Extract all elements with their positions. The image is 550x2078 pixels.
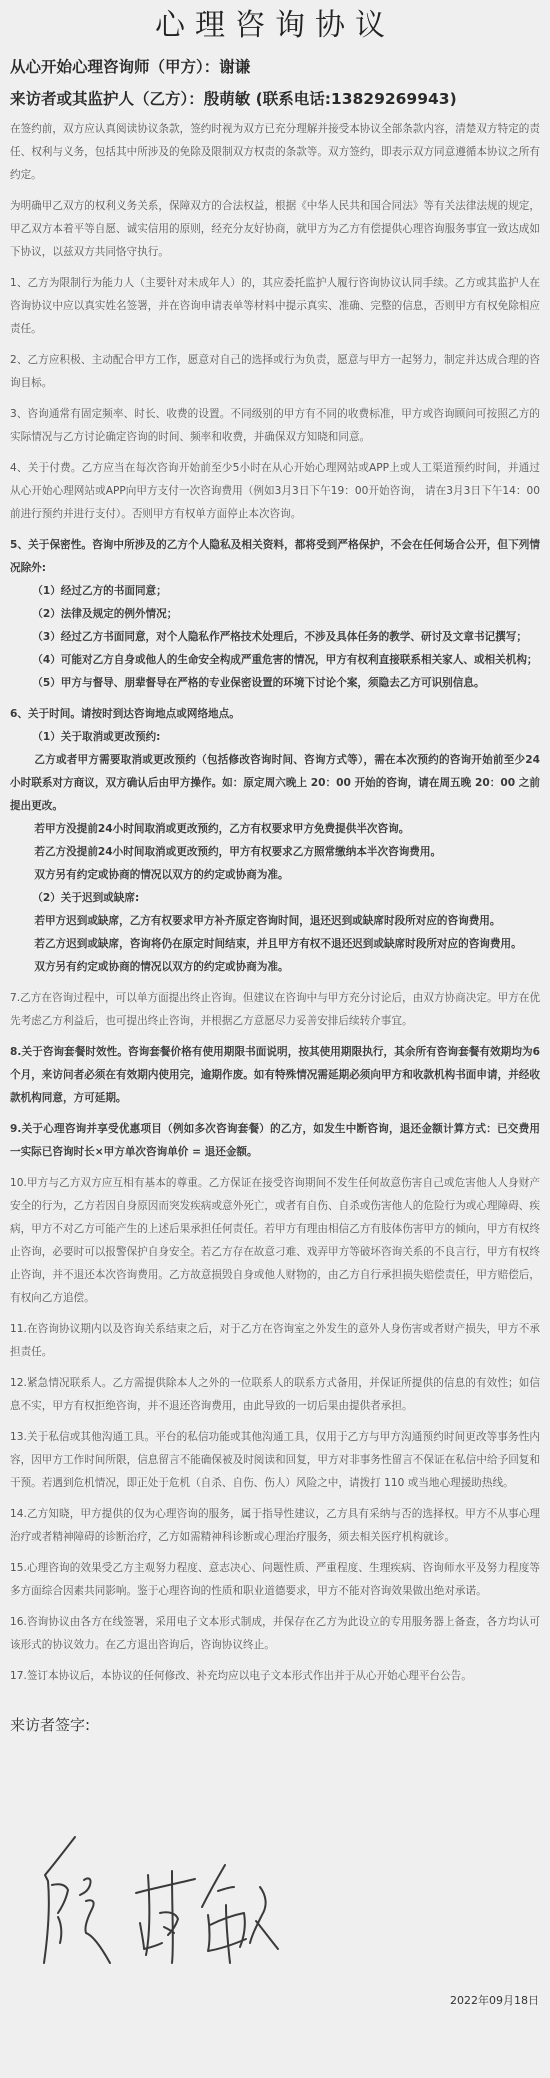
clause-5-item-3: （3）经过乙方书面同意，对个人隐私作严格技术处理后，不涉及具体任务的教学、研讨及… xyxy=(10,626,540,649)
clause-5-item-2: （2）法律及规定的例外情况； xyxy=(10,603,540,626)
clause-6-sub2-c: 双方另有约定或协商的情况以双方的约定或协商为准。 xyxy=(10,956,540,979)
signature-label: 来访者签字: xyxy=(10,1714,540,1736)
clause-6-sub1-a: 若甲方没提前24小时间取消或更改预约，乙方有权要求甲方免费提供半次咨询。 xyxy=(10,818,540,841)
clause-6-sub1-title: （1）关于取消或更改预约: xyxy=(10,726,540,749)
clause-5-item-1: （1）经过乙方的书面同意； xyxy=(10,580,540,603)
clause-6-intro: 6、关于时间。请按时到达咨询地点或网络地点。 xyxy=(10,703,540,726)
party-b-line: 来访者或其监护人（乙方）：殷萌敏 (联系电话:13829269943) xyxy=(10,88,540,110)
clause-15: 15.心理咨询的效果受乙方主观努力程度、意志决心、问题性质、严重程度、生理疾病、… xyxy=(10,1557,540,1603)
preamble-paragraph-1: 在签约前，双方应认真阅读协议条款，签约时视为双方已充分理解并接受本协议全部条款内… xyxy=(10,118,540,187)
clause-6: 6、关于时间。请按时到达咨询地点或网络地点。 （1）关于取消或更改预约: 乙方或… xyxy=(10,703,540,979)
clause-6-sub2-title: （2）关于迟到或缺席: xyxy=(10,887,540,910)
clause-3: 3、咨询通常有固定频率、时长、收费的设置。不同级别的甲方有不同的收费标准，甲方或… xyxy=(10,403,540,449)
clause-4: 4、关于付费。乙方应当在每次咨询开始前至少5小时在从心开始心理网站或APP上或人… xyxy=(10,457,540,526)
clause-6-sub2-b: 若乙方迟到或缺席，咨询将仍在原定时间结束，并且甲方有权不退还迟到或缺席时段所对应… xyxy=(10,933,540,956)
preamble-paragraph-2: 为明确甲乙双方的权利义务关系，保障双方的合法权益，根据《中华人民共和国合同法》等… xyxy=(10,195,540,264)
clause-6-sub1-body: 乙方或者甲方需要取消或更改预约（包括修改咨询时间、咨询方式等），需在本次预约的咨… xyxy=(10,749,540,818)
party-a-line: 从心开始心理咨询师（甲方）：谢谦 xyxy=(10,56,540,78)
clause-5-item-4: （4）可能对乙方自身或他人的生命安全构成严重危害的情况，甲方有权利直接联系相关家… xyxy=(10,649,540,672)
clause-17: 17.签订本协议后，本协议的任何修改、补充均应以电子文本形式作出并于从心开始心理… xyxy=(10,1665,540,1688)
clause-5-item-5: （5）甲方与督导、朋辈督导在严格的专业保密设置的环境下讨论个案，须隐去乙方可识别… xyxy=(10,672,540,695)
clause-14: 14.乙方知晓，甲方提供的仅为心理咨询的服务，属于指导性建议，乙方具有采纳与否的… xyxy=(10,1503,540,1549)
clause-6-sub1-c: 双方另有约定或协商的情况以双方的约定或协商为准。 xyxy=(10,864,540,887)
clause-1: 1、乙方为限制行为能力人（主要针对未成年人）的，其应委托监护人履行咨询协议认同手… xyxy=(10,272,540,341)
clause-12: 12.紧急情况联系人。乙方需提供除本人之外的一位联系人的联系方式备用，并保证所提… xyxy=(10,1372,540,1418)
clause-13: 13.关于私信或其他沟通工具。平台的私信功能或其他沟通工具，仅用于乙方与甲方沟通… xyxy=(10,1426,540,1495)
clause-8: 8.关于咨询套餐时效性。咨询套餐价格有使用期限书面说明，按其使用期限执行，其余所… xyxy=(10,1041,540,1110)
document-title: 心理咨询协议 xyxy=(10,0,540,48)
clause-6-sub2-a: 若甲方迟到或缺席，乙方有权要求甲方补齐原定咨询时间，退还迟到或缺席时段所对应的咨… xyxy=(10,910,540,933)
signature-date: 2022年09月18日 xyxy=(450,1992,539,2008)
clause-11: 11.在咨询协议期内以及咨询关系结束之后，对于乙方在咨询室之外发生的意外人身伤害… xyxy=(10,1318,540,1364)
clause-5: 5、关于保密性。咨询中所涉及的乙方个人隐私及相关资料，都将受到严格保护，不会在任… xyxy=(10,534,540,695)
clause-2: 2、乙方应积极、主动配合甲方工作，愿意对自己的选择或行为负责，愿意与甲方一起努力… xyxy=(10,349,540,395)
handwritten-signature xyxy=(40,1835,290,1975)
clause-7: 7.乙方在咨询过程中，可以单方面提出终止咨询。但建议在咨询中与甲方充分讨论后，由… xyxy=(10,987,540,1033)
clause-9: 9.关于心理咨询并享受优惠项目（例如多次咨询套餐）的乙方，如发生中断咨询，退还金… xyxy=(10,1118,540,1164)
clause-6-sub1-b: 若乙方没提前24小时间取消或更改预约，甲方有权要求乙方照常缴纳本半次咨询费用。 xyxy=(10,841,540,864)
clause-5-intro: 5、关于保密性。咨询中所涉及的乙方个人隐私及相关资料，都将受到严格保护，不会在任… xyxy=(10,534,540,580)
clause-16: 16.咨询协议由各方在线签署，采用电子文本形式制成，并保存在乙方为此设立的专用服… xyxy=(10,1611,540,1657)
agreement-document: 心理咨询协议 从心开始心理咨询师（甲方）：谢谦 来访者或其监护人（乙方）：殷萌敏… xyxy=(0,0,550,1736)
clause-10: 10.甲方与乙方双方应互相有基本的尊重。乙方保证在接受咨询期间不发生任何故意伤害… xyxy=(10,1172,540,1310)
